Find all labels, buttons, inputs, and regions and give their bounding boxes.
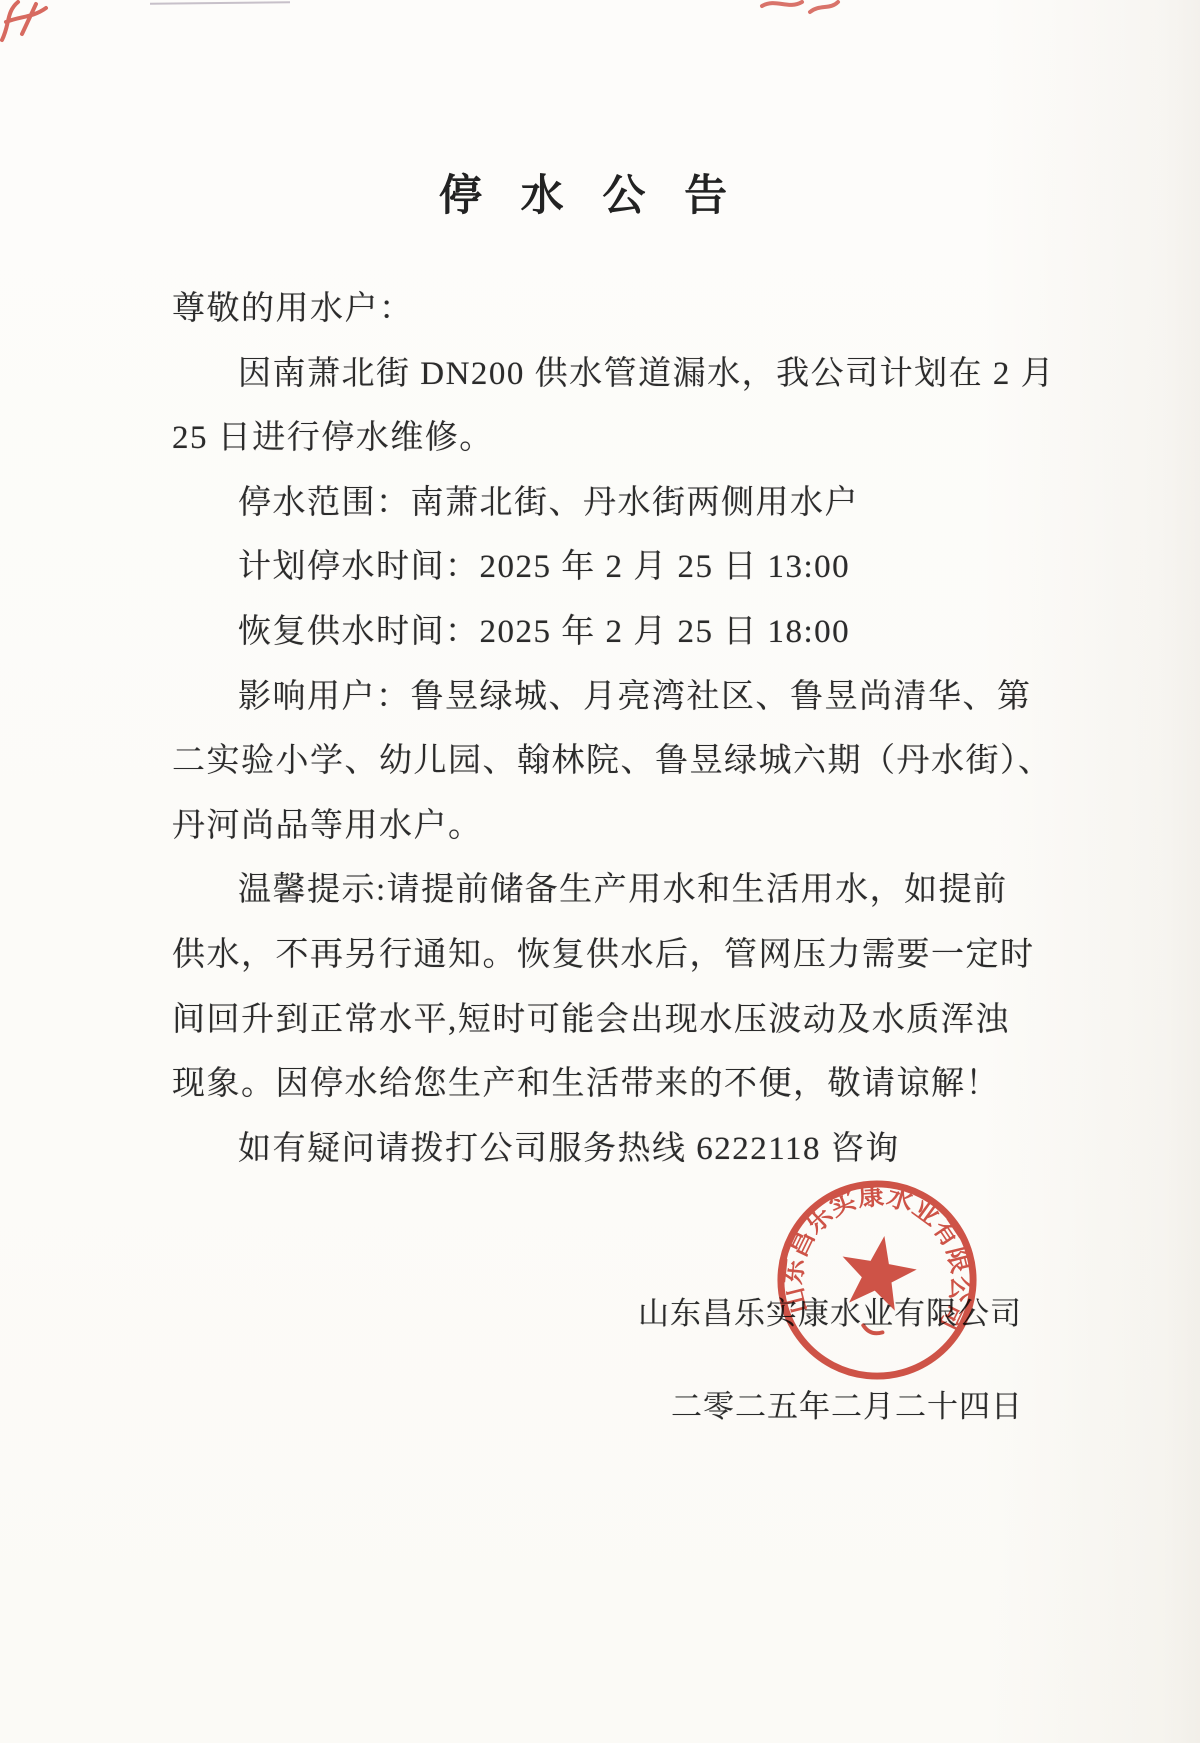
salutation-line: 尊敬的用水户：: [172, 277, 1024, 342]
tips-line-3: 间回升到正常水平,短时可能会出现水压波动及水质浑浊: [172, 988, 1024, 1053]
notice-body: 尊敬的用水户： 因南萧北街 DN200 供水管道漏水，我公司计划在 2 月 25…: [172, 277, 1024, 1181]
reason-line-1: 因南萧北街 DN200 供水管道漏水，我公司计划在 2 月: [172, 342, 1024, 407]
resume-time-line: 恢复供水时间：2025 年 2 月 25 日 18:00: [172, 600, 1024, 665]
red-scribble-top-left-icon: [0, 0, 66, 46]
seal-bottom-mark: [863, 1325, 883, 1334]
document-date: 二零二五年二月二十四日: [671, 1381, 1023, 1426]
tips-line-1: 温馨提示:请提前储备生产用水和生活用水，如提前: [172, 858, 1024, 923]
outage-scope-line: 停水范围：南萧北街、丹水街两侧用水户: [172, 471, 1024, 536]
hotline-line: 如有疑问请拨打公司服务热线 6222118 咨询: [172, 1117, 1024, 1182]
outage-start-time-line: 计划停水时间：2025 年 2 月 25 日 13:00: [172, 535, 1024, 600]
reason-line-2: 25 日进行停水维修。: [172, 406, 1024, 471]
page-title: 停 水 公 告: [0, 162, 1180, 223]
seal-star-icon: [835, 1230, 922, 1314]
tips-line-2: 供水，不再另行通知。恢复供水后，管网压力需要一定时: [172, 923, 1024, 988]
affected-users-line-3: 丹河尚品等用水户。: [172, 794, 1024, 859]
affected-users-line-2: 二实验小学、幼儿园、翰林院、鲁昱绿城六期（丹水街）、: [172, 729, 1024, 794]
company-seal: 山东昌乐实康水业有限公司: [773, 1176, 981, 1384]
red-scribble-top-right-icon: [758, 0, 842, 26]
notice-document: 停 水 公 告 尊敬的用水户： 因南萧北街 DN200 供水管道漏水，我公司计划…: [0, 0, 1200, 1743]
affected-users-line-1: 影响用户：鲁昱绿城、月亮湾社区、鲁昱尚清华、第: [172, 665, 1024, 730]
scan-artifact-line: [150, 1, 290, 4]
tips-line-4: 现象。因停水给您生产和生活带来的不便，敬请谅解！: [172, 1052, 1024, 1117]
